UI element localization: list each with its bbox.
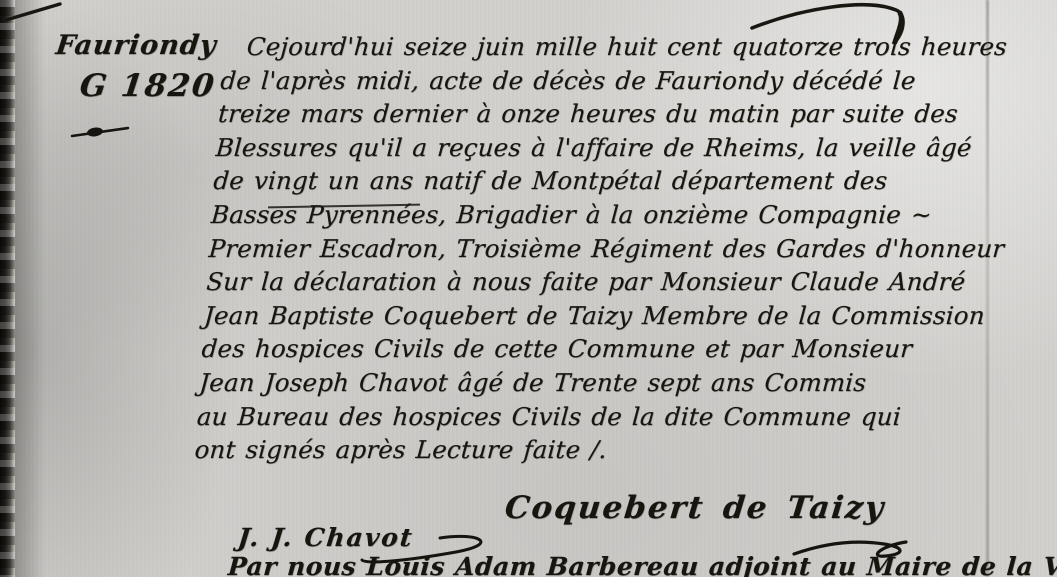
manuscript-line: Cejourd'hui seize juin mille huit cent q… <box>222 30 1024 64</box>
bottom-partial-line: Par nous Louis Adam Barbereau adjoint au… <box>227 552 1057 577</box>
manuscript-line: Sur la déclaration à nous faite par Mons… <box>205 265 1007 299</box>
scanned-death-record: Fauriondy G 1820 Cejourd'hui seize juin … <box>0 0 1057 577</box>
manuscript-line: Jean Joseph Chavot âgé de Trente sept an… <box>198 366 1000 400</box>
pen-mark-top-left <box>4 0 68 24</box>
act-body: Cejourd'hui seize juin mille huit cent q… <box>193 30 1024 467</box>
manuscript-line: Blessures qu'il a reçues à l'affaire de … <box>215 131 1017 165</box>
margin-flourish <box>68 122 134 142</box>
signature-coquebert-de-taizy: Coquebert de Taizy <box>503 490 887 526</box>
manuscript-line: au Bureau des hospices Civils de la dite… <box>196 400 998 434</box>
binding-shadow <box>15 0 45 577</box>
margin-name: Fauriondy <box>54 30 218 61</box>
book-binding-edge <box>0 0 15 577</box>
manuscript-line: Jean Baptiste Coquebert de Taizy Membre … <box>203 299 1005 333</box>
manuscript-line: treize mars dernier à onze heures du mat… <box>217 97 1019 131</box>
manuscript-line: Basses Pyrennées, Brigadier à la onzième… <box>210 198 1012 232</box>
manuscript-line: ont signés après Lecture faite /. <box>193 433 995 467</box>
manuscript-line: de l'après midi, acte de décès de Faurio… <box>219 64 1021 98</box>
manuscript-line: Premier Escadron, Troisième Régiment des… <box>208 232 1010 266</box>
manuscript-line: des hospices Civils de cette Commune et … <box>201 332 1003 366</box>
margin-year-ref: G 1820 <box>78 68 218 104</box>
manuscript-line: de vingt un ans natif de Montpétal dépar… <box>212 164 1014 198</box>
